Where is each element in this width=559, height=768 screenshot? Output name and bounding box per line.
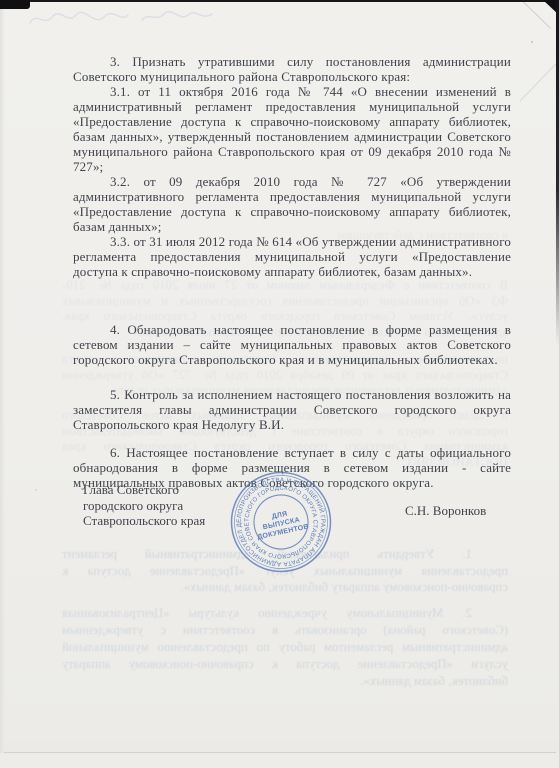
doc-line: «Предоставление доступа к справочно-поис… bbox=[73, 204, 511, 219]
doc-line: административный регламент предоставлени… bbox=[73, 99, 511, 114]
doc-line: административного регламента предоставле… bbox=[73, 189, 511, 204]
scan-edge-top bbox=[0, 0, 559, 2]
doc-line: 3.3. от 31 июля 2012 года № 614 «Об утве… bbox=[73, 234, 511, 249]
doc-line: 5. Контроль за исполнением настоящего по… bbox=[73, 387, 511, 402]
doc-line: «Предоставление доступа к справочно-поис… bbox=[73, 114, 511, 129]
bleedthrough-block: 2. Муниципальному учреждению культуры «Ц… bbox=[62, 606, 508, 691]
bleedthrough-line: услуги «Предоставление доступа к справоч… bbox=[62, 657, 508, 674]
doc-line: 3.1. от 11 октября 2016 года № 744 «О вн… bbox=[73, 84, 511, 99]
doc-line: 3. Признать утратившими силу постановлен… bbox=[73, 54, 511, 69]
doc-line: заместителя главы администрации Советско… bbox=[73, 402, 511, 417]
bleedthrough-line: библиотек, базам данных». bbox=[62, 674, 508, 691]
doc-line: Советского муниципального района Ставроп… bbox=[73, 69, 511, 84]
bleedthrough-line: административным регламентом работу по п… bbox=[62, 640, 508, 657]
paragraph-item-5: 5. Контроль за исполнением настоящего по… bbox=[73, 387, 511, 432]
bleedthrough-line: 2. Муниципальному учреждению культуры «Ц… bbox=[62, 606, 508, 623]
doc-line: Ставропольского края Недолугу В.И. bbox=[73, 417, 511, 432]
paragraph-item-3-1: 3.1. от 11 октября 2016 года № 744 «О вн… bbox=[73, 84, 511, 174]
doc-line: муниципального района Ставропольского кр… bbox=[73, 144, 511, 159]
bleedthrough-line: (Советского района) организовать в соотв… bbox=[62, 623, 508, 640]
stamp-graphic: ОТДЕЛ ДЕЛОПРОИЗВОДСТВА И ОБРАЩЕНИЙ ГРАЖД… bbox=[192, 433, 370, 611]
doc-line: 727»; bbox=[73, 159, 511, 174]
paragraph-item-3-3: 3.3. от 31 июля 2012 года № 614 «Об утве… bbox=[73, 234, 511, 279]
doc-line: базам данных», утвержденный постановлени… bbox=[73, 129, 511, 144]
doc-line: доступа к справочно-поисковому аппарату … bbox=[73, 264, 511, 279]
scan-speck bbox=[531, 41, 533, 43]
scan-edge-bottom-line bbox=[4, 752, 556, 753]
scan-edge-left bbox=[0, 0, 5, 768]
paragraph-item-3-2: 3.2. от 09 декабря 2010 года № 727 «Об у… bbox=[73, 174, 511, 234]
doc-line: сетевом издании – сайте муниципальных пр… bbox=[73, 337, 511, 352]
paragraph-item-4: 4. Обнародовать настоящее постановление … bbox=[73, 322, 511, 367]
scan-speck bbox=[35, 489, 37, 491]
doc-line: регламента предоставления муниципальной … bbox=[73, 249, 511, 264]
scan-edge-bottom-area bbox=[0, 753, 559, 768]
doc-line: 3.2. от 09 декабря 2010 года № 727 «Об у… bbox=[73, 174, 511, 189]
doc-line: городского округа Ставропольского края и… bbox=[73, 352, 511, 367]
document-text: 3. Признать утратившими силу постановлен… bbox=[73, 54, 511, 490]
scan-corner-top-left bbox=[0, 0, 30, 9]
doc-line: 4. Обнародовать настоящее постановление … bbox=[73, 322, 511, 337]
official-stamp: ОТДЕЛ ДЕЛОПРОИЗВОДСТВА И ОБРАЩЕНИЙ ГРАЖД… bbox=[192, 433, 370, 611]
paragraph-item-3: 3. Признать утратившими силу постановлен… bbox=[73, 54, 511, 84]
scanned-document-page: в соответствии с действующимВ соответств… bbox=[0, 0, 559, 768]
signatory-name: С.Н. Воронков bbox=[405, 503, 486, 519]
doc-line: базам данных»; bbox=[73, 219, 511, 234]
